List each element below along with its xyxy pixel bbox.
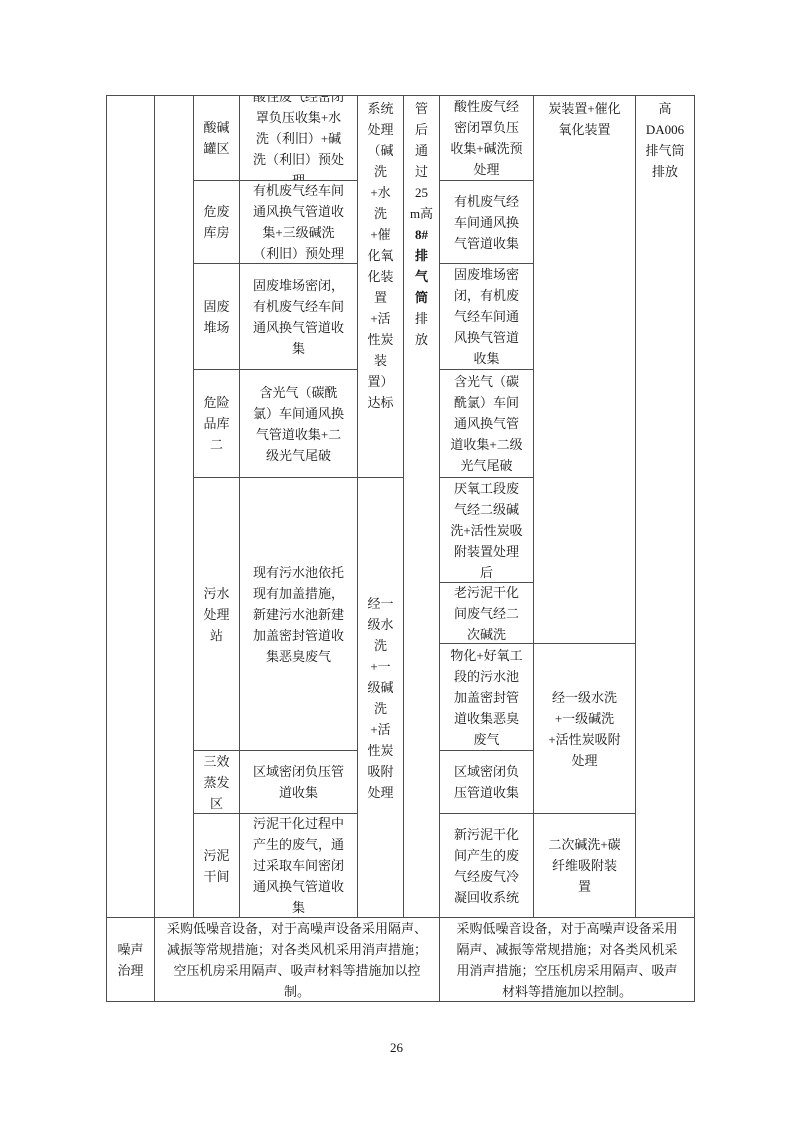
cell-right-measure-4: 厌氧工段废气经二级碱洗+活性炭吸附装置处理后: [440, 478, 533, 582]
cell-right-measure-8: 新污泥干化间产生的废气经废气冷凝回收系统: [440, 814, 533, 917]
cell-right-treatment-lower: 二次碱洗+碳纤维吸附装置: [534, 814, 635, 917]
spanning-empty-cell-subcategory: [155, 96, 193, 917]
cell-left-treatment-lower: 经一级水洗+一级碱洗+活性炭吸附处理: [358, 478, 403, 917]
cell-right-measure-2: 固废堆场密闭，有机废气经车间通风换气管道收集: [440, 264, 533, 369]
cell-left-measure-4: 现有污水池依托现有加盖措施，新建污水池新建加盖密封管道收集恶臭废气: [240, 478, 357, 750]
cell-right-outlet: 高DA006排气筒排放: [636, 96, 694, 917]
cell-noise-right: 采购低噪音设备，对于高噪声设备采用隔声、减振等常规措施；对各类风机采用消声措施；…: [440, 918, 694, 1001]
document-page: 酸碱罐区 危废库房 固废堆场 危险品库二 污水处理站 三效蒸发区 污泥干间 酸性…: [0, 0, 793, 1122]
cell-right-treatment-middle: 经一级水洗+一级碱洗+活性炭吸附处理: [534, 644, 635, 813]
page-number: 26: [0, 1040, 793, 1056]
cell-left-measure-3: 含光气（碳酰氯）车间通风换气管道收集+二级光气尾破: [240, 370, 357, 477]
cell-area-label-1: 危废库房: [194, 181, 239, 263]
cell-area-label-5: 三效蒸发区: [194, 751, 239, 813]
cell-left-treatment-upper: 系统处理（碱洗+水洗+催化氧化装置+活性炭装置）达标: [358, 96, 403, 477]
cell-left-measure-2: 固废堆场密闭，有机废气经车间通风换气管道收集: [240, 264, 357, 369]
cell-right-measure-3: 含光气（碳酰氯）车间通风换气管道收集+二级光气尾破: [440, 370, 533, 477]
cell-area-label-2: 固废堆场: [194, 264, 239, 369]
cell-right-measure-5: 老污泥干化间废气经二次碱洗: [440, 583, 533, 643]
cell-right-treatment-upper: 炭装置+催化氧化装置: [534, 96, 635, 643]
cell-area-label-4: 污水处理站: [194, 478, 239, 750]
left-outlet-text: 管后通过25 m高8#排气筒排放: [404, 96, 439, 352]
cell-area-label-0: 酸碱罐区: [194, 96, 239, 180]
cell-left-measure-6: 污泥干化过程中产生的废气，通过采取车间密闭通风换气管道收集: [240, 814, 357, 917]
cell-left-outlet: 管后通过25 m高8#排气筒排放: [404, 96, 439, 917]
cell-right-measure-1: 有机废气经车间通风换气管道收集: [440, 181, 533, 263]
cell-area-label-6: 污泥干间: [194, 814, 239, 917]
cell-right-measure-6: 物化+好氧工段的污水池加盖密封管道收集恶臭废气: [440, 644, 533, 750]
treatment-measures-table: 酸碱罐区 危废库房 固废堆场 危险品库二 污水处理站 三效蒸发区 污泥干间 酸性…: [106, 95, 695, 1002]
cell-noise-left: 采购低噪音设备，对于高噪声设备采用隔声、减振等常规措施；对各类风机采用消声措施；…: [155, 918, 439, 1001]
cell-right-measure-0: 酸性废气经密闭罩负压收集+碱洗预处理: [440, 96, 533, 180]
cell-left-measure-0: 酸性废气经密闭罩负压收集+水洗（利旧）+碱洗（利旧）预处理: [240, 96, 357, 180]
cell-left-measure-5: 区域密闭负压管道收集: [240, 751, 357, 813]
cell-area-label-3: 危险品库二: [194, 370, 239, 477]
cell-right-measure-7: 区域密闭负压管道收集: [440, 751, 533, 813]
cell-left-measure-1: 有机废气经车间通风换气管道收集+三级碱洗（利旧）预处理: [240, 181, 357, 263]
cell-noise-label: 噪声治理: [107, 918, 154, 1001]
spanning-empty-cell-category: [107, 96, 154, 917]
